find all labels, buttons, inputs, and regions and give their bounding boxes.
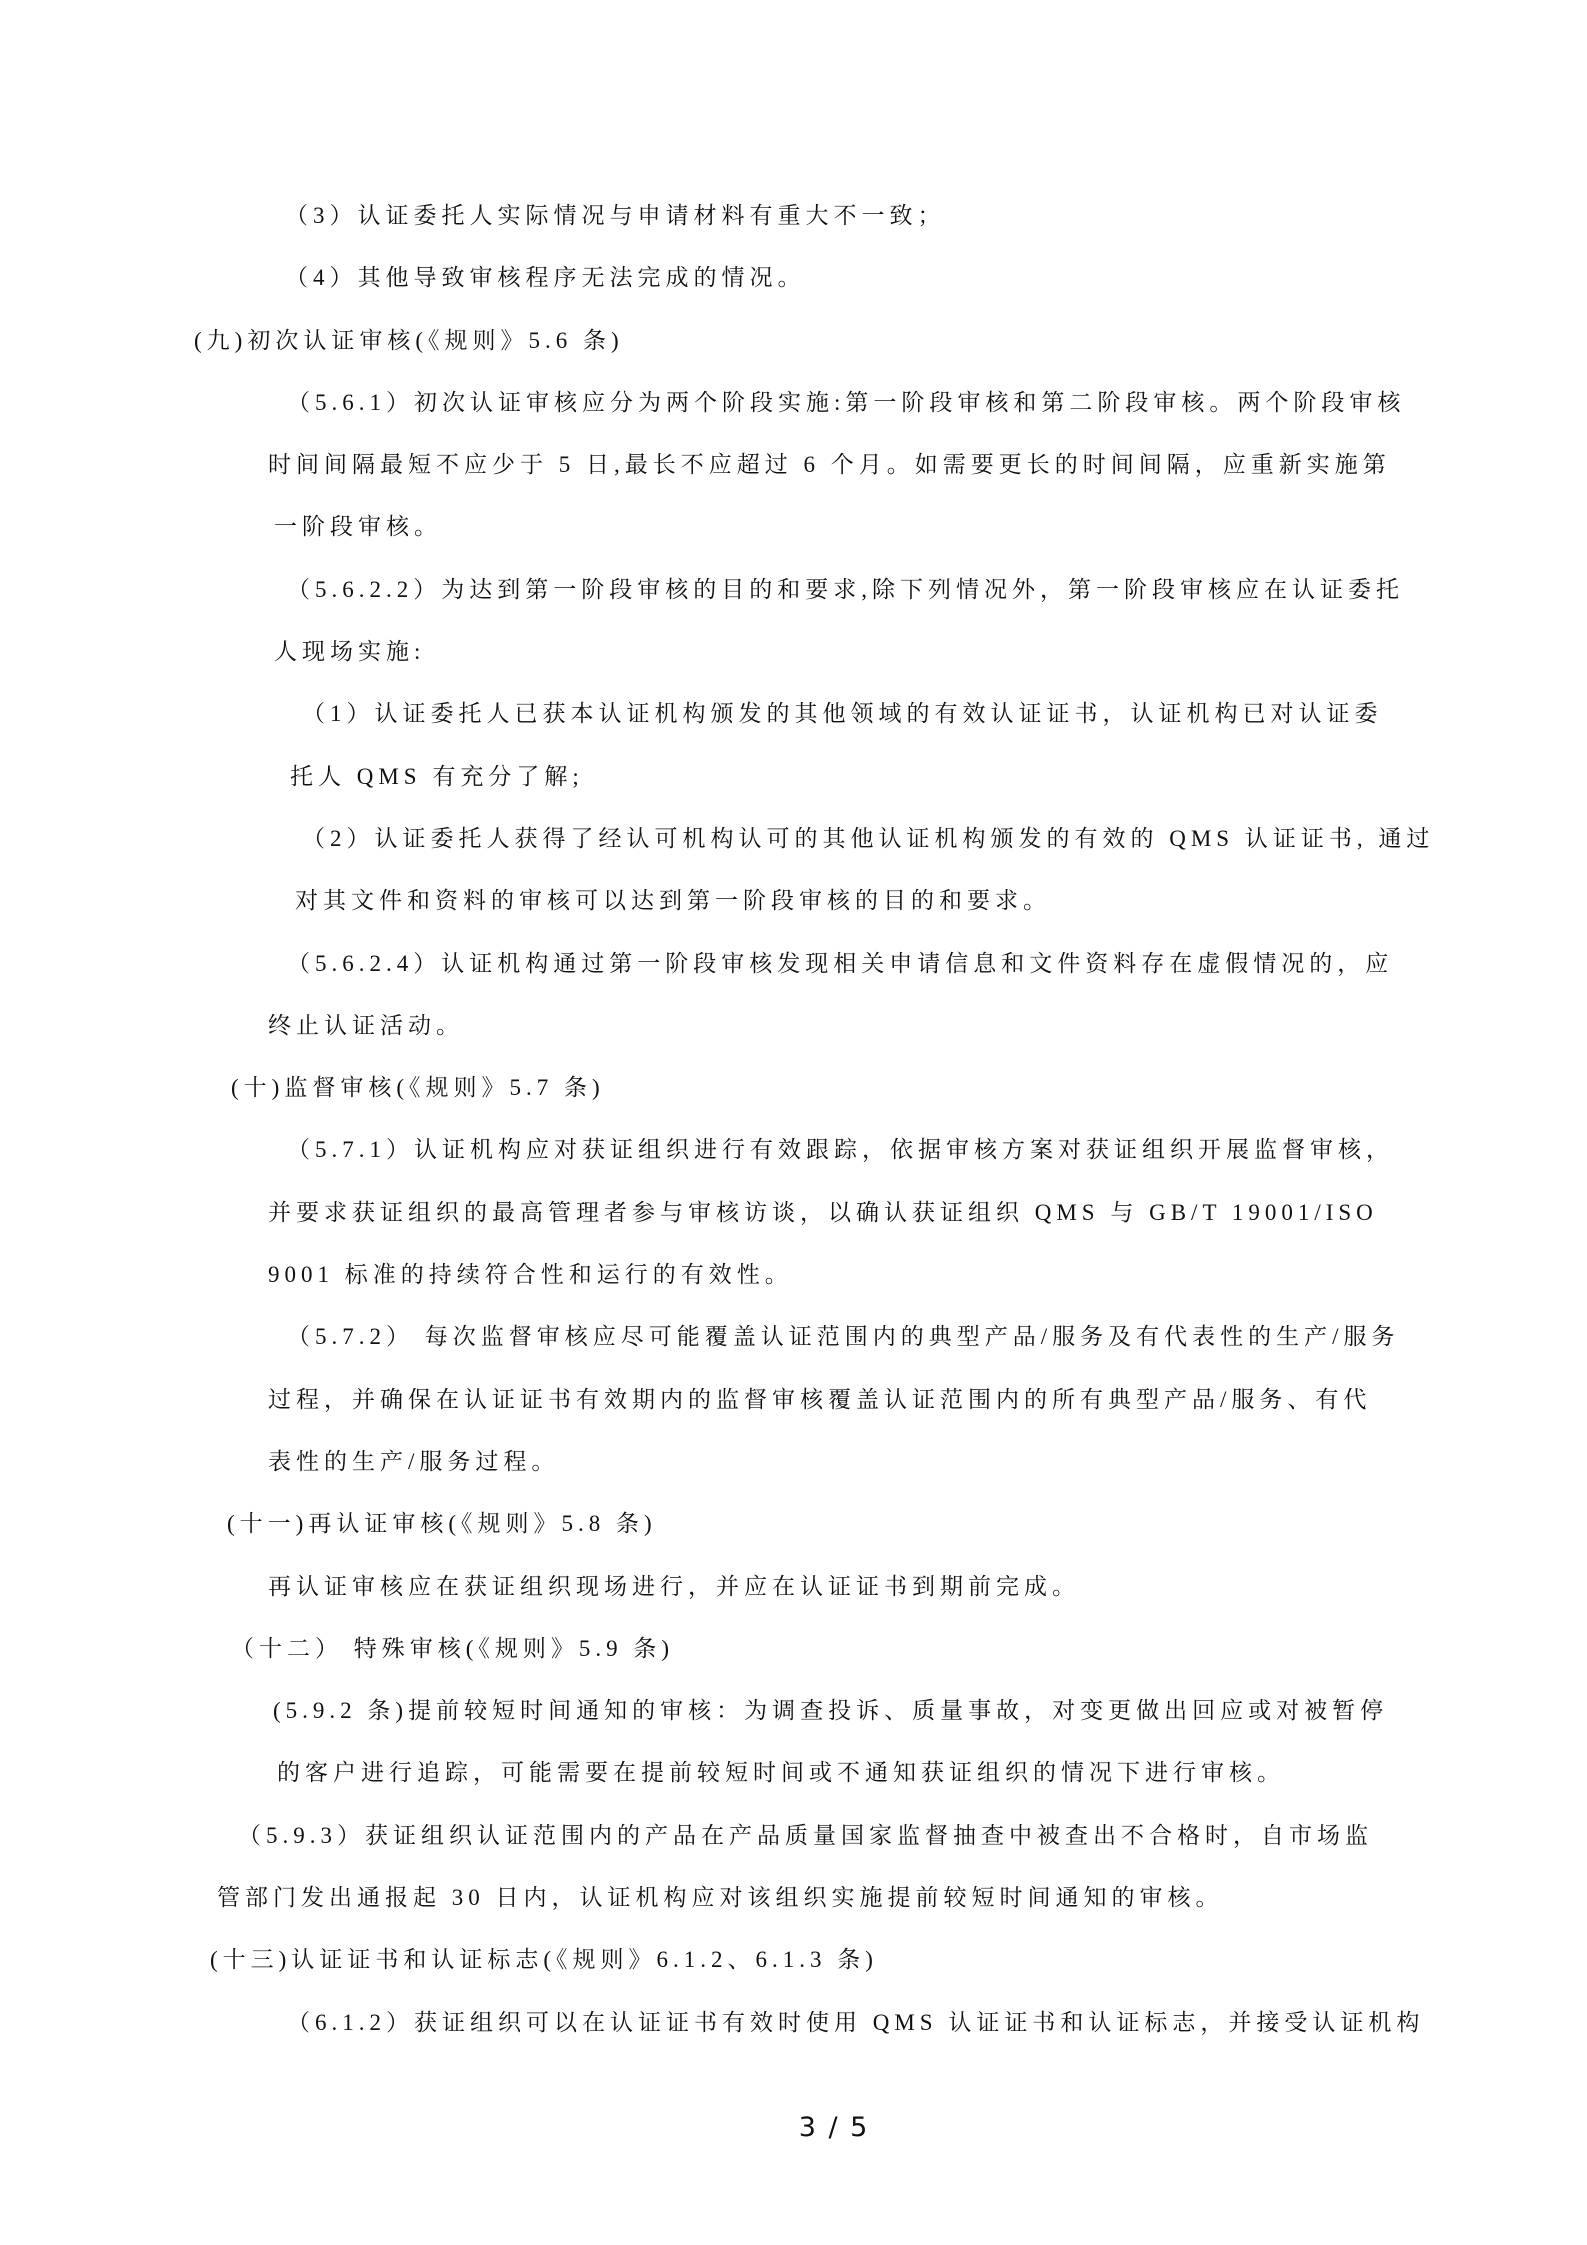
text-line: 的客户进行追踪，可能需要在提前较短时间或不通知获证组织的情况下进行审核。 (194, 1742, 1494, 1804)
text-line: （5.9.3）获证组织认证范围内的产品在产品质量国家监督抽查中被查出不合格时，自… (194, 1805, 1494, 1867)
text-line: （5.7.2） 每次监督审核应尽可能覆盖认证范围内的典型产品/服务及有代表性的生… (194, 1306, 1494, 1368)
text-line: （1）认证委托人已获本认证机构颁发的其他领域的有效认证证书，认证机构已对认证委 (194, 683, 1494, 745)
text-line: 终止认证活动。 (194, 995, 1494, 1057)
text-line: 一阶段审核。 (194, 496, 1494, 558)
text-line: (5.9.2 条)提前较短时间通知的审核：为调查投诉、质量事故，对变更做出回应或… (194, 1680, 1494, 1742)
text-line: (十)监督审核(《规则》5.7 条) (194, 1057, 1494, 1119)
text-line: 并要求获证组织的最高管理者参与审核访谈，以确认获证组织 QMS 与 GB/T 1… (194, 1182, 1494, 1244)
page-number: 3 / 5 (194, 2108, 1474, 2148)
text-line: (九)初次认证审核(《规则》5.6 条) (194, 310, 1494, 372)
text-line: (十三)认证证书和认证标志(《规则》6.1.2、6.1.3 条) (194, 1929, 1494, 1991)
text-line: （2）认证委托人获得了经认可机构认可的其他认证机构颁发的有效的 QMS 认证证书… (194, 808, 1494, 870)
text-line: （3）认证委托人实际情况与申请材料有重大不一致； (194, 185, 1494, 247)
text-line: （6.1.2）获证组织可以在认证证书有效时使用 QMS 认证证书和认证标志，并接… (194, 1992, 1494, 2054)
text-line: 人现场实施: (194, 621, 1494, 683)
document-body: （3）认证委托人实际情况与申请材料有重大不一致；（4）其他导致审核程序无法完成的… (194, 185, 1494, 2054)
text-line: 时间间隔最短不应少于 5 日,最长不应超过 6 个月。如需要更长的时间间隔，应重… (194, 434, 1494, 496)
text-line: 管部门发出通报起 30 日内，认证机构应对该组织实施提前较短时间通知的审核。 (194, 1867, 1494, 1929)
text-line: 9001 标准的持续符合性和运行的有效性。 (194, 1244, 1494, 1306)
text-line: （5.6.2.4）认证机构通过第一阶段审核发现相关申请信息和文件资料存在虚假情况… (194, 933, 1494, 995)
text-line: （5.7.1）认证机构应对获证组织进行有效跟踪，依据审核方案对获证组织开展监督审… (194, 1119, 1494, 1181)
text-line: （5.6.1）初次认证审核应分为两个阶段实施:第一阶段审核和第二阶段审核。两个阶… (194, 372, 1494, 434)
text-line: 托人 QMS 有充分了解; (194, 746, 1494, 808)
text-line: (十一)再认证审核(《规则》5.8 条) (194, 1493, 1494, 1555)
text-line: 表性的生产/服务过程。 (194, 1431, 1494, 1493)
document-page: （3）认证委托人实际情况与申请材料有重大不一致；（4）其他导致审核程序无法完成的… (0, 0, 1587, 2245)
text-line: （十二） 特殊审核(《规则》5.9 条) (194, 1618, 1494, 1680)
text-line: 过程，并确保在认证证书有效期内的监督审核覆盖认证范围内的所有典型产品/服务、有代 (194, 1369, 1494, 1431)
text-line: 再认证审核应在获证组织现场进行，并应在认证证书到期前完成。 (194, 1556, 1494, 1618)
text-line: （4）其他导致审核程序无法完成的情况。 (194, 247, 1494, 309)
text-line: （5.6.2.2）为达到第一阶段审核的目的和要求,除下列情况外，第一阶段审核应在… (194, 559, 1494, 621)
text-line: 对其文件和资料的审核可以达到第一阶段审核的目的和要求。 (194, 870, 1494, 932)
